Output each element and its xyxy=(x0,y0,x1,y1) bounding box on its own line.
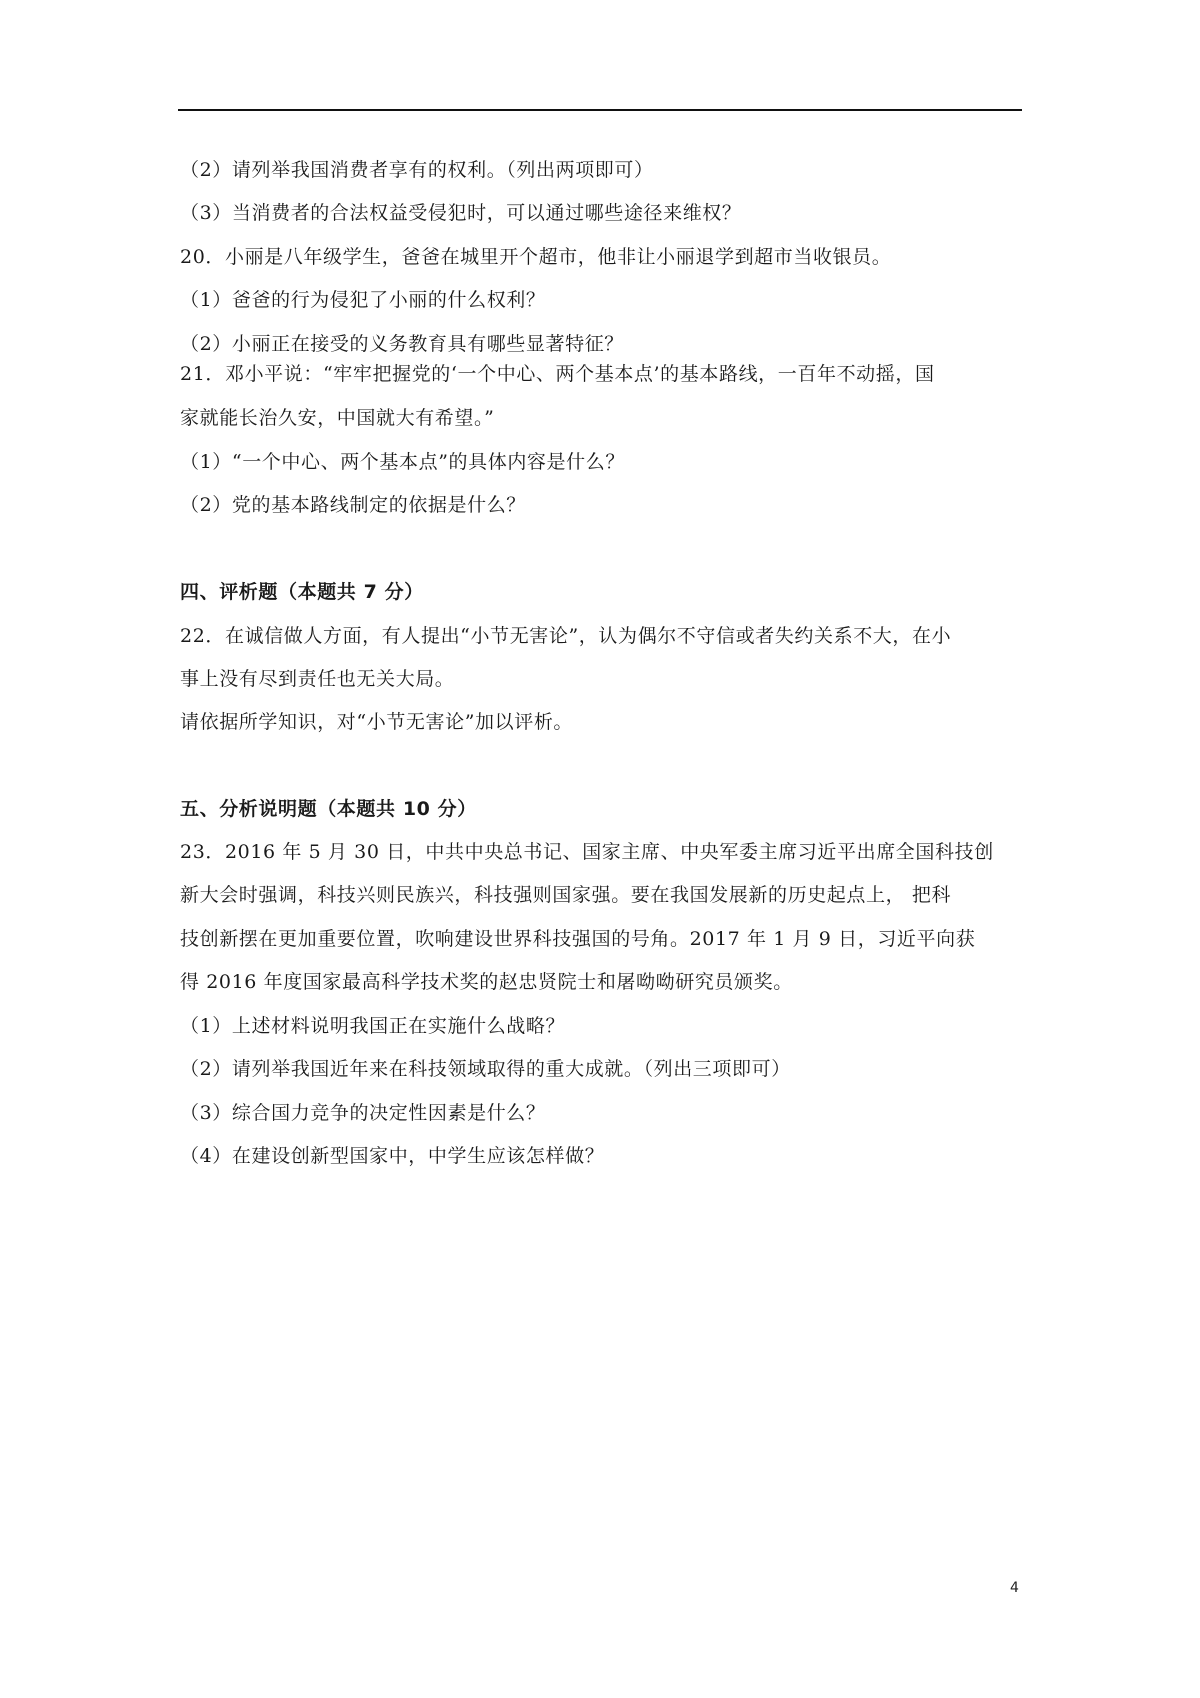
q23-line2: 新大会时强调，科技兴则民族兴，科技强则国家强。要在我国发展新的历史起点上， 把科 xyxy=(180,883,951,907)
q20-stem: 20．小丽是八年级学生，爸爸在城里开个超市，他非让小丽退学到超市当收银员。 xyxy=(180,245,891,269)
q23-sub3: （3）综合国力竞争的决定性因素是什么？ xyxy=(180,1101,546,1125)
q23-sub4: （4）在建设创新型国家中，中学生应该怎样做？ xyxy=(180,1144,604,1168)
q20-sub2: （2）小丽正在接受的义务教育具有哪些显著特征？ xyxy=(180,332,624,356)
q21-sub2: （2）党的基本路线制定的依据是什么？ xyxy=(180,493,526,517)
q21-stem-line2: 家就能长治久安，中国就大有希望。” xyxy=(180,406,494,430)
q20-sub1: （1）爸爸的行为侵犯了小丽的什么权利？ xyxy=(180,288,546,312)
q21-sub1: （1）“一个中心、两个基本点”的具体内容是什么？ xyxy=(180,450,625,474)
q21-stem-line1: 21．邓小平说：“牢牢把握党的‘一个中心、两个基本点’的基本路线，一百年不动摇，… xyxy=(180,362,935,386)
section5-heading: 五、分析说明题（本题共 10 分） xyxy=(180,797,477,821)
section4-heading: 四、评析题（本题共 7 分） xyxy=(180,580,424,604)
header-rule-divider xyxy=(178,109,1022,111)
page-number: 4 xyxy=(1010,1580,1019,1596)
q22-prompt: 请依据所学知识，对“小节无害论”加以评析。 xyxy=(180,710,573,734)
q22-line1: 22．在诚信做人方面，有人提出“小节无害论”，认为偶尔不守信或者失约关系不大，在… xyxy=(180,624,951,648)
document-page: （2）请列举我国消费者享有的权利。（列出两项即可） （3）当消费者的合法权益受侵… xyxy=(0,0,1200,1698)
q23-sub2: （2）请列举我国近年来在科技领域取得的重大成就。（列出三项即可） xyxy=(180,1057,791,1081)
q19-sub3: （3）当消费者的合法权益受侵犯时，可以通过哪些途径来维权？ xyxy=(180,201,742,225)
q23-sub1: （1）上述材料说明我国正在实施什么战略？ xyxy=(180,1014,565,1038)
q23-line4: 得 2016 年度国家最高科学技术奖的赵忠贤院士和屠呦呦研究员颁奖。 xyxy=(180,970,793,994)
q23-line1: 23．2016 年 5 月 30 日，中共中央总书记、国家主席、中央军委主席习近… xyxy=(180,840,994,864)
q22-line2: 事上没有尽到责任也无关大局。 xyxy=(180,667,454,691)
q19-sub2: （2）请列举我国消费者享有的权利。（列出两项即可） xyxy=(180,158,654,182)
q23-line3: 技创新摆在更加重要位置，吹响建设世界科技强国的号角。2017 年 1 月 9 日… xyxy=(180,927,975,951)
